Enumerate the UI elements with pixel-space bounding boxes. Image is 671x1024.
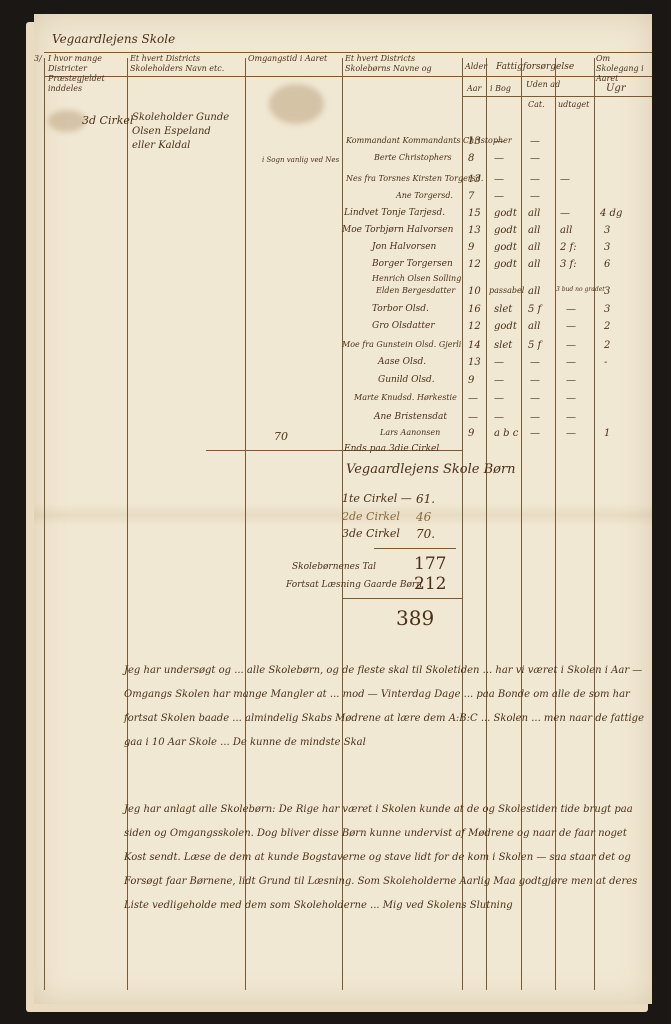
subheader-rule xyxy=(462,96,652,97)
document-title: Vegaardlejens Skole xyxy=(52,32,175,46)
summary-label-3: 3de Cirkel xyxy=(342,527,400,540)
student-row: Marte Knudsd. Hørkestie———— xyxy=(34,391,652,408)
student-row: Nes fra Torsnes Kirsten Torgersd.13——— xyxy=(34,172,652,189)
student-row: Jon Halvorsen9godtall2 f:3 xyxy=(34,240,652,257)
student-row: Ane Torgersd.7—— xyxy=(34,189,652,206)
grand-total-rule xyxy=(342,598,462,599)
subheader-ibog: i Bog xyxy=(490,84,511,94)
student-row: Lars Aanonsen9a b c——1 xyxy=(34,426,652,443)
student-row: Ane Bristensdat———— xyxy=(34,410,652,427)
header-col-names: Et hvert Districts Skolebørns Navne og xyxy=(345,54,459,74)
student-row: Lindvet Tonje Tarjesd.15godtall—4 dg xyxy=(34,206,652,223)
summary-value-1: 61. xyxy=(416,492,435,506)
subheader-ugr: Ugr xyxy=(606,84,626,94)
stain xyxy=(48,110,86,132)
subheader-udtaget: udtaget xyxy=(558,100,589,110)
summary-value-3: 70. xyxy=(416,527,435,541)
header-col-districts: I hvor mange Districter Præstegjeldet in… xyxy=(48,54,126,94)
subheader-cat: Cat. xyxy=(528,100,545,110)
summary-label-1: 1te Cirkel — xyxy=(342,492,412,505)
student-row: Aase Olsd.13———- xyxy=(34,355,652,372)
header-rule-bottom xyxy=(44,76,652,77)
student-row: Ends paa 3die Cirkel xyxy=(34,442,652,459)
student-row: Moe Torbjørn Halvorsen13godtallall3 xyxy=(34,223,652,240)
stain xyxy=(269,84,324,124)
student-row: Elden Bergesdatter10passabelall3 bud no … xyxy=(34,284,652,301)
header-rule-top xyxy=(44,52,652,53)
notes-paragraph-1: Jeg har undersøgt og ... alle Skolebørn,… xyxy=(124,659,644,755)
summary-title: Vegaardlejens Skole Børn xyxy=(346,462,516,477)
student-row: Gro Olsdatter12godtall—2 xyxy=(34,319,652,336)
summary-label-2: 2de Cirkel xyxy=(342,510,400,523)
school-children-label: Skolebørnenes Tal xyxy=(292,562,376,572)
student-row: Kommandant Kommandants Christopher13—— xyxy=(34,134,652,151)
school-children-value: 177 xyxy=(414,554,446,574)
page-mark: 3/ xyxy=(34,54,42,64)
notes-paragraph-2: Jeg har anlagt alle Skolebørn: De Rige h… xyxy=(124,798,644,918)
ledger-page: Vegaardlejens Skole 3/ I hvor mange Dist… xyxy=(34,14,652,1004)
header-col-schooling: Om Skolegang i Aaret xyxy=(596,54,650,84)
teacher-line-1: Skoleholder Gunde xyxy=(132,112,229,123)
other-children-label: Fortsat Læsning Gaarde Børn xyxy=(286,580,422,590)
grand-total: 389 xyxy=(396,606,434,630)
other-children-value: 212 xyxy=(414,574,446,594)
subheader-aar: Aar xyxy=(467,84,481,94)
student-row: Gunild Olsd.9——— xyxy=(34,373,652,390)
header-col-time: Omgangstid i Aaret xyxy=(248,54,338,64)
header-col-teacher: Et hvert Districts Skoleholders Navn etc… xyxy=(130,54,242,74)
district-name: 3d Cirkel xyxy=(82,114,133,127)
summary-rule xyxy=(374,548,456,549)
header-col-age: Alder xyxy=(465,62,487,72)
student-row: Torbor Olsd.16slet5 f—3 xyxy=(34,302,652,319)
subheader-udenad: Uden ad xyxy=(526,80,560,90)
student-row: Berte Christophers8—— xyxy=(34,151,652,168)
student-row: Moe fra Gunstein Olsd. Gjerli14slet5 f—2 xyxy=(34,338,652,355)
header-col-poor: Fattigforsørgelse xyxy=(496,62,574,72)
summary-value-2: 46 xyxy=(416,510,431,524)
